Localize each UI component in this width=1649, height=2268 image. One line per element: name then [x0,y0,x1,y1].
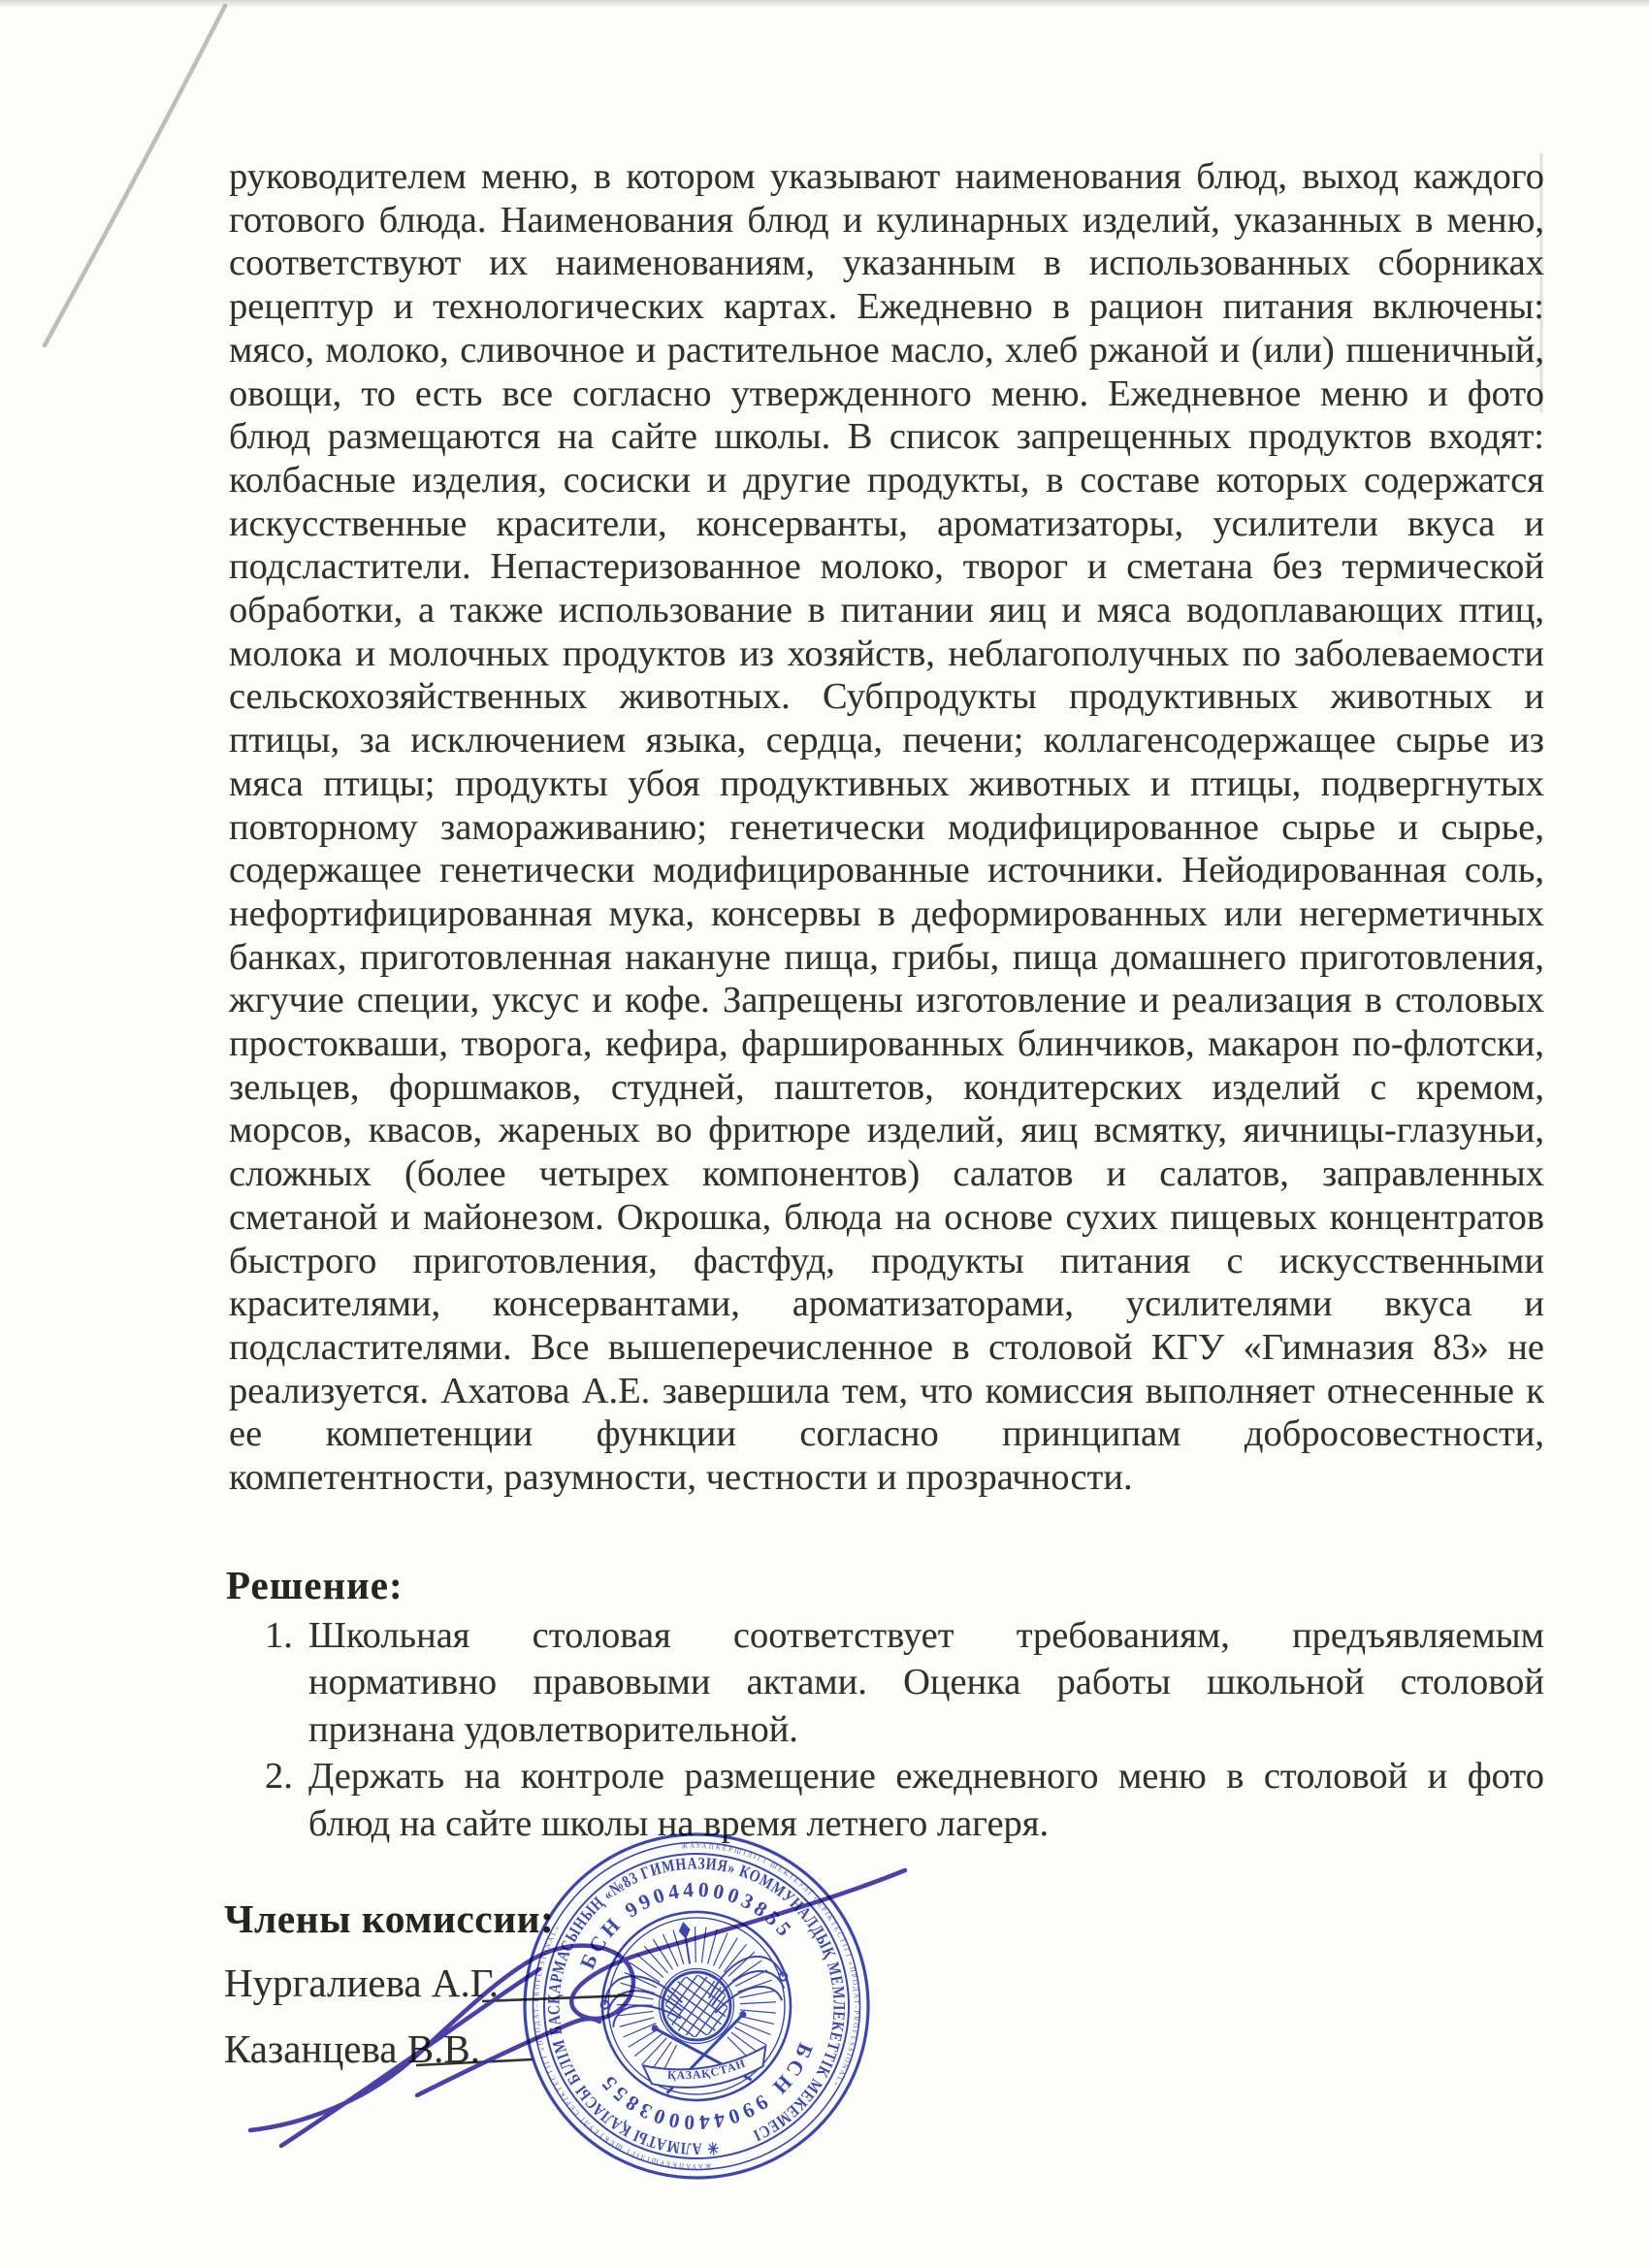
paragraph-line: готового блюда. Наименования блюд и кули… [229,199,1544,243]
scanned-document-page: руководителем меню, в котором указывают … [0,0,1649,2268]
paragraph-line: банках, приготовленная накануне пища, гр… [229,936,1544,980]
kazakhstan-coat-of-arms: ҚАЗАҚСТАН [590,1907,802,2101]
decision-heading: Решение: [226,1562,404,1608]
paragraph-line: сельскохозяйственных животных. Субпродук… [229,675,1544,719]
paragraph-line: колбасные изделия, сосиски и другие прод… [229,459,1544,502]
report-paragraph: руководителем меню, в котором указывают … [229,155,1544,1500]
list-text: признана удовлетворительной. [308,1706,1544,1753]
paragraph-line: нефортифицированная мука, консервы в деф… [229,892,1544,936]
list-number [265,1706,308,1753]
paragraph-line: обработки, а также использование в питан… [229,589,1544,632]
list-text: нормативно правовыми актами. Оценка рабо… [308,1659,1544,1705]
paragraph-line: повторному замораживанию; генетически мо… [229,806,1544,850]
paragraph-line: руководителем меню, в котором указывают … [229,155,1544,199]
decision-row: блюд на сайте школы на время летнего лаг… [229,1800,1544,1847]
list-number [265,1800,308,1847]
scan-top-shadow [0,0,1649,8]
list-text: блюд на сайте школы на время летнего лаг… [308,1800,1544,1847]
scan-corner-fold-line [45,6,225,345]
paragraph-line: зельцев, форшмаков, студней, паштетов, к… [229,1066,1544,1110]
paragraph-line: компетентности, разумности, честности и … [229,1456,1544,1500]
paragraph-line: жгучие специи, уксус и кофе. Запрещены и… [229,979,1544,1022]
decision-row: признана удовлетворительной. [229,1706,1544,1753]
paragraph-line: сметаной и майонезом. Окрошка, блюда на … [229,1196,1544,1240]
paragraph-line: молока и молочных продуктов из хозяйств,… [229,632,1544,676]
list-text: Школьная столовая соответствует требован… [308,1612,1544,1659]
paragraph-line: красителями, консервантами, ароматизатор… [229,1282,1544,1326]
paragraph-line: рецептур и технологических картах. Ежедн… [229,285,1544,329]
paragraph-line: овощи, то есть все согласно утвержденног… [229,373,1544,416]
paragraph-line: соответствуют их наименованиям, указанны… [229,242,1544,285]
list-number: 1. [265,1612,308,1659]
paragraph-line: подсластителями. Все вышеперечисленное в… [229,1326,1544,1370]
paragraph-line: блюд размещаются на сайте школы. В списо… [229,415,1544,459]
list-number [265,1659,308,1705]
decision-row: 2. Держать на контроле размещение ежедне… [229,1753,1544,1799]
paragraph-line: сложных (более четырех компонентов) сала… [229,1152,1544,1196]
paragraph-line: содержащее генетически модифицированные … [229,849,1544,892]
commission-member-name: Нургалиева А.Г. [224,1960,499,2006]
paragraph-line: простокваши, творога, кефира, фарширован… [229,1022,1544,1066]
official-round-stamp: ЖАУАПКЕРШІЛІГІ ШЕКТЕУЛІ СЕРІКТЕСТІГІ «ПР… [474,1784,919,2228]
paragraph-line: морсов, квасов, жареных во фритюре издел… [229,1109,1544,1152]
top-ornament [677,1921,695,1964]
paragraph-line: мясо, молоко, сливочное и растительное м… [229,329,1544,373]
paragraph-line: реализуется. Ахатова А.Е. завершила тем,… [229,1370,1544,1413]
paragraph-line: ее компетенции функции согласно принципа… [229,1412,1544,1456]
paragraph-line: быстрого приготовления, фастфуд, продукт… [229,1240,1544,1283]
list-number: 2. [265,1753,308,1799]
paragraph-line: подсластители. Непастеризованное молоко,… [229,545,1544,589]
decision-list: 1. Школьная столовая соответствует требо… [229,1612,1544,1847]
paragraph-line: мяса птицы; продукты убоя продуктивных ж… [229,762,1544,806]
paragraph-line: искусственные красители, консерванты, ар… [229,502,1544,546]
decision-row: нормативно правовыми актами. Оценка рабо… [229,1659,1544,1705]
paragraph-line: птицы, за исключением языка, сердца, печ… [229,719,1544,762]
commission-member-name: Казанцева В.В. [224,2025,480,2072]
list-text: Держать на контроле размещение ежедневно… [308,1753,1544,1799]
decision-row: 1. Школьная столовая соответствует требо… [229,1612,1544,1659]
